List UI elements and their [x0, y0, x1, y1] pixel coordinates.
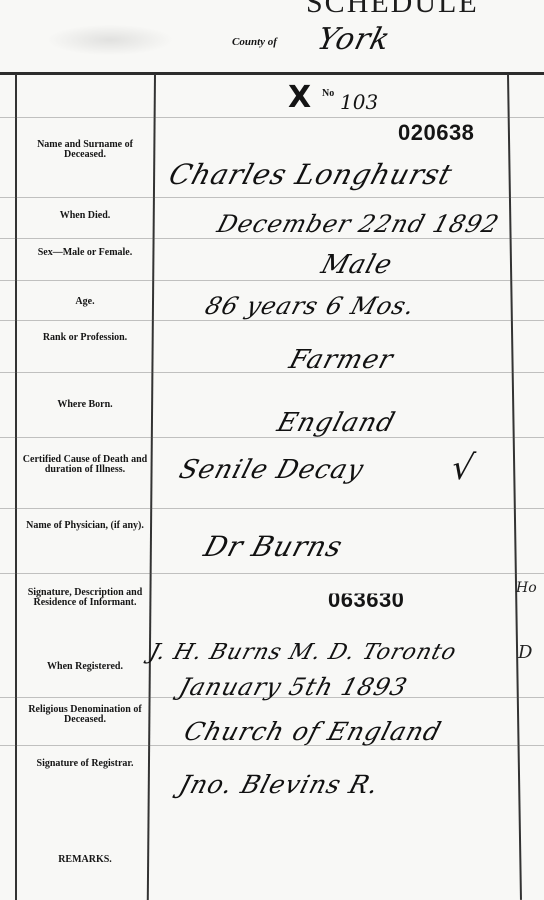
value-when-registered: January 5th 1893	[176, 673, 411, 701]
label-religion: Religious Denomination of Deceased.	[20, 705, 150, 725]
ruled-line	[0, 372, 544, 373]
value-registrar: Jno. Blevins R.	[176, 770, 383, 799]
label-when-registered: When Registered.	[20, 662, 150, 672]
county-label: County of	[232, 36, 277, 48]
value-sex: Male	[318, 250, 396, 280]
margin-note: D	[518, 642, 532, 663]
value-profession: Farmer	[286, 345, 397, 375]
value-when-died: December 22nd 1892	[214, 210, 503, 238]
stamp-number-middle: 063630	[328, 587, 404, 613]
label-sex: Sex—Male or Female.	[20, 248, 150, 258]
stamp-number-top: 020638	[398, 120, 474, 146]
margin-note: Ho	[516, 580, 537, 596]
label-profession: Rank or Profession.	[20, 333, 150, 343]
entry-number-label: No	[322, 88, 334, 99]
x-mark: X	[288, 80, 311, 115]
label-when-died: When Died.	[20, 211, 150, 221]
county-value: York	[314, 22, 395, 57]
value-cause-of-death: Senile Decay	[176, 455, 368, 485]
ruled-line	[0, 508, 544, 509]
label-remarks: REMARKS.	[20, 855, 150, 865]
ruled-line	[0, 320, 544, 321]
label-physician: Name of Physician, (if any).	[20, 521, 150, 531]
label-where-born: Where Born.	[20, 400, 150, 410]
death-register-page: SCHEDULE County of York X No 103 020638 …	[0, 0, 544, 900]
label-registrar: Signature of Registrar.	[20, 759, 150, 769]
ruled-line	[0, 117, 544, 118]
value-informant: J. H. Burns M. D. Toronto	[146, 640, 459, 665]
ruled-line	[0, 573, 544, 574]
label-name: Name and Surname of Deceased.	[20, 140, 150, 160]
value-physician: Dr Burns	[200, 530, 347, 563]
value-name: Charles Longhurst	[165, 158, 456, 191]
check-mark: √	[448, 448, 477, 488]
entry-number-value: 103	[340, 90, 378, 114]
label-cause-of-death: Certified Cause of Death and duration of…	[20, 455, 150, 475]
value-where-born: England	[274, 408, 399, 438]
ruled-line	[0, 437, 544, 438]
ruled-line	[0, 238, 544, 239]
ruled-line	[0, 280, 544, 281]
header-rule	[0, 72, 544, 75]
value-age: 86 years 6 Mos.	[202, 292, 419, 320]
label-age: Age.	[20, 297, 150, 307]
value-religion: Church of England	[181, 717, 445, 746]
ruled-line	[0, 197, 544, 198]
schedule-title: SCHEDULE	[306, 0, 479, 20]
label-informant: Signature, Description and Residence of …	[20, 588, 150, 608]
